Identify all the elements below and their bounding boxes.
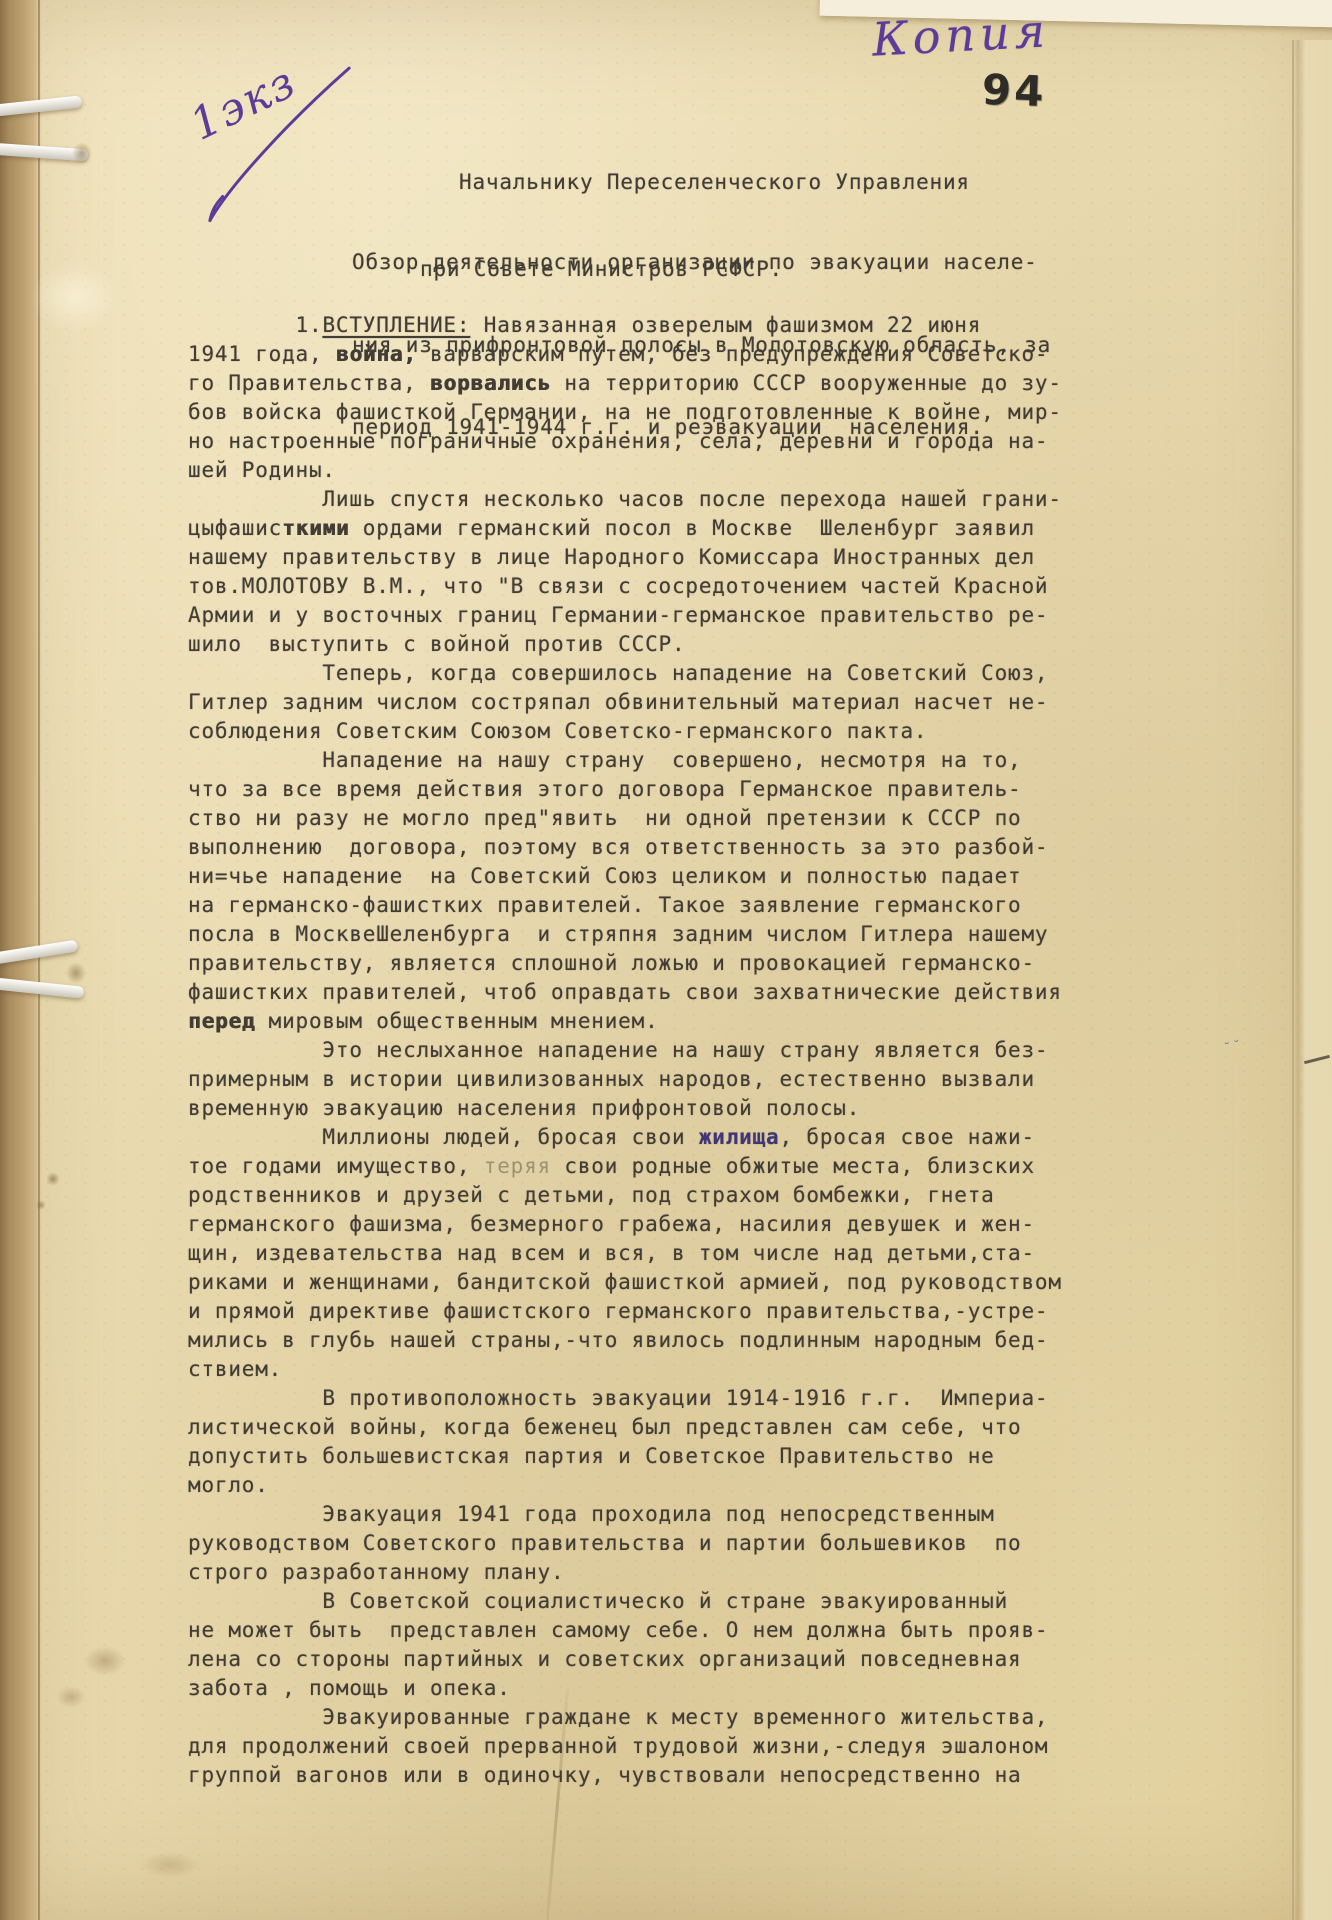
body-line: но настроенные пограничные охранения, се… — [188, 427, 1062, 456]
body-line: листической войны, когда беженец был пре… — [188, 1413, 1062, 1442]
body-line: забота , помощь и опека. — [188, 1674, 1062, 1703]
body-line: тое годами имущество, теряя свои родные … — [188, 1152, 1062, 1181]
body-line: тов.МОЛОТОВУ В.М., что "В связи с сосред… — [188, 572, 1062, 601]
body-line: цыфашисткими ордами германский посол в М… — [188, 514, 1062, 543]
body-line: не может быть представлен самому себе. О… — [188, 1616, 1062, 1645]
body-line: Эвакуированные граждане к месту временно… — [188, 1703, 1062, 1732]
subject-line: Обзор деятельности организации по эвакуа… — [352, 249, 1051, 277]
page-stack-left-edge-line — [38, 0, 40, 1920]
body-line: Гитлер задним числом состряпал обвинител… — [188, 688, 1062, 717]
body-line: шей Родины. — [188, 456, 1062, 485]
handwritten-copy-note: Копия — [871, 3, 1052, 66]
body-line: го Правительства, ворвались на территори… — [188, 369, 1062, 398]
paper-stain — [140, 1852, 200, 1878]
addressee-line: Начальнику Переселенческого Управления — [420, 168, 970, 197]
body-line: перед мировым общественным мнением. — [188, 1007, 1062, 1036]
body-line: правительству, является сплошной ложью и… — [188, 949, 1062, 978]
body-line: Это неслыханное нападение на нашу страну… — [188, 1036, 1062, 1065]
body-line: фашистких правителей, чтоб оправдать сво… — [188, 978, 1062, 1007]
body-line: допустить большевистская партия и Советс… — [188, 1442, 1062, 1471]
body-line: нашему правительству в лице Народного Ко… — [188, 543, 1062, 572]
body-line: ни=чье нападение на Советский Союз целик… — [188, 862, 1062, 891]
page-stack-right-edge — [1292, 40, 1332, 1920]
body-line: щин, издевательства над всем и вся, в то… — [188, 1239, 1062, 1268]
body-line: на германско-фашистких правителей. Такое… — [188, 891, 1062, 920]
paper-stain — [30, 262, 120, 332]
body-line: Нападение на нашу страну совершено, несм… — [188, 746, 1062, 775]
body-line: 1.ВСТУПЛЕНИЕ: Навязанная озверелым фашиз… — [188, 311, 1062, 340]
body-line: могло. — [188, 1471, 1062, 1500]
body-line: и прямой директиве фашистского германско… — [188, 1297, 1062, 1326]
body-line: посла в МосквеШеленбурга и стряпня задни… — [188, 920, 1062, 949]
paper-stain — [46, 1172, 60, 1186]
handwritten-copies-note: 1экз — [182, 56, 304, 150]
body-line: В Советской социалистическо й стране эва… — [188, 1587, 1062, 1616]
body-line: строго разработанному плану. — [188, 1558, 1062, 1587]
body-line: группой вагонов или в одиночку, чувствов… — [188, 1761, 1062, 1790]
body-line: Теперь, когда совершилось нападение на С… — [188, 659, 1062, 688]
body-lines: 1.ВСТУПЛЕНИЕ: Навязанная озверелым фашиз… — [188, 311, 1062, 1790]
body-line: Миллионы людей, бросая свои жилища, брос… — [188, 1123, 1062, 1152]
body-line: 1941 года, война, варварским путем, без … — [188, 340, 1062, 369]
page-number-stamp: 94 — [981, 65, 1047, 116]
document-page: ˘˘ Копия 1экз 94 Начальнику Переселенчес… — [0, 0, 1332, 1920]
body-line: руководством Советского правительства и … — [188, 1529, 1062, 1558]
body-line: временную эвакуацию населения прифронтов… — [188, 1094, 1062, 1123]
body-line: Лишь спустя несколько часов после перехо… — [188, 485, 1062, 514]
body-line: что за все время действия этого договора… — [188, 775, 1062, 804]
body-line: соблюдения Советским Союзом Советско-гер… — [188, 717, 1062, 746]
body-line: ствием. — [188, 1355, 1062, 1384]
body-line: для продолжений своей прерванной трудово… — [188, 1732, 1062, 1761]
binding-hole — [72, 142, 92, 164]
body-line: шило выступить с войной против СССР. — [188, 630, 1062, 659]
body-line: родственников и друзей с детьми, под стр… — [188, 1181, 1062, 1210]
body-line: мились в глубь нашей страны,-что явилось… — [188, 1326, 1062, 1355]
paper-stain — [56, 1686, 86, 1708]
body-line: германского фашизма, безмерного грабежа,… — [188, 1210, 1062, 1239]
body-line: ство ни разу не могло пред"явить ни одно… — [188, 804, 1062, 833]
binding-hole — [66, 962, 86, 984]
body-line: В противоположность эвакуации 1914-1916 … — [188, 1384, 1062, 1413]
paper-stain — [84, 1646, 126, 1676]
body-line: лена со стороны партийных и советских ор… — [188, 1645, 1062, 1674]
body-line: Эвакуация 1941 года проходила под непоср… — [188, 1500, 1062, 1529]
body-line: бов войска фашисткой Германии, на не под… — [188, 398, 1062, 427]
body-line: примерным в истории цивилизованных народ… — [188, 1065, 1062, 1094]
body-line: выполнению договора, поэтому вся ответст… — [188, 833, 1062, 862]
body-line: Армии и у восточных границ Германии-герм… — [188, 601, 1062, 630]
blue-pencil-mark: ˘˘ — [1223, 1038, 1245, 1057]
body-line: риками и женщинами, бандитской фашисткой… — [188, 1268, 1062, 1297]
